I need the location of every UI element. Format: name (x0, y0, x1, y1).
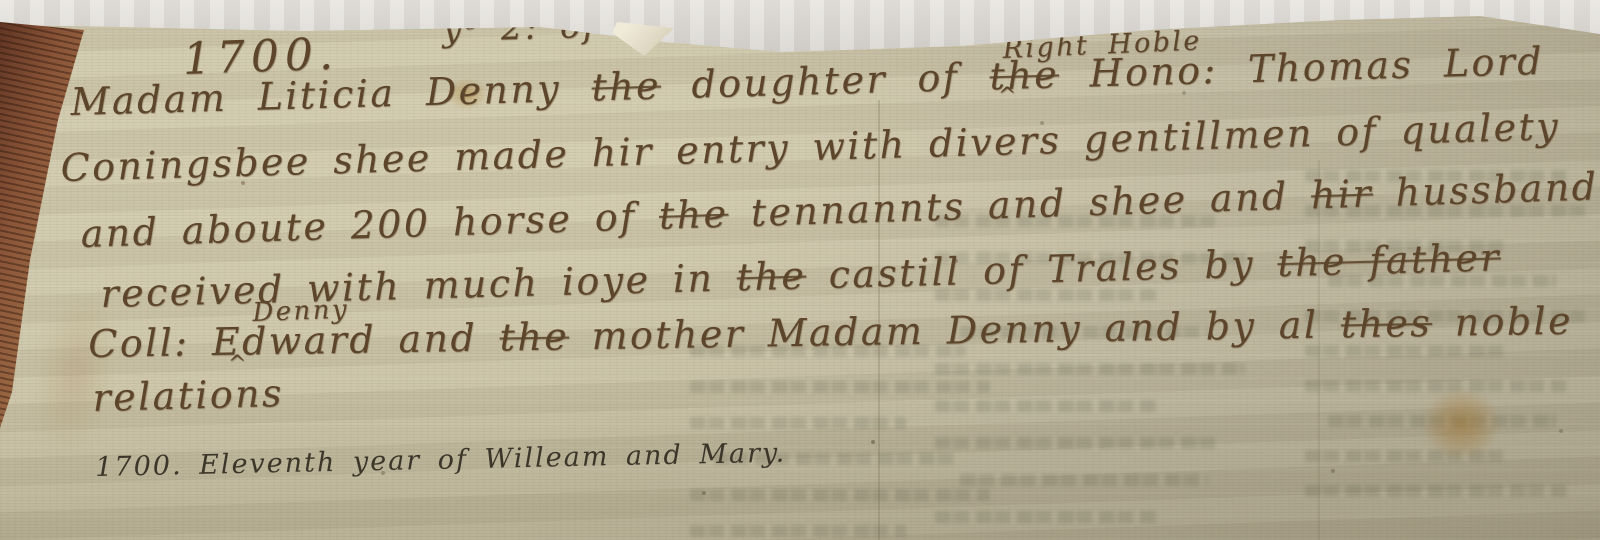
manuscript-word-segment: hir (1310, 171, 1373, 217)
manuscript-word-segment: relations (92, 371, 284, 420)
manuscript-photo: 1700. yᵉ 2: of octob cam to Trales the …… (0, 0, 1600, 540)
manuscript-word-segment: the (736, 254, 807, 300)
manuscript-word-segment: the father (1277, 235, 1502, 285)
manuscript-word-segment: hussband (1372, 164, 1599, 215)
manuscript-word-segment: the (658, 192, 729, 238)
manuscript-word-segment: thes (1340, 301, 1432, 346)
manuscript-word-segment: the (499, 314, 569, 359)
manuscript-word-segment: the (591, 64, 662, 110)
interlinear-insertion: Denny (252, 295, 349, 328)
manuscript-word-segment: noble (1432, 299, 1573, 345)
caret-mark: ^ (998, 84, 1019, 109)
manuscript-line: relations (92, 371, 284, 420)
manuscript-word-segment: doughter of (660, 54, 990, 107)
ink-stain (1422, 388, 1500, 460)
